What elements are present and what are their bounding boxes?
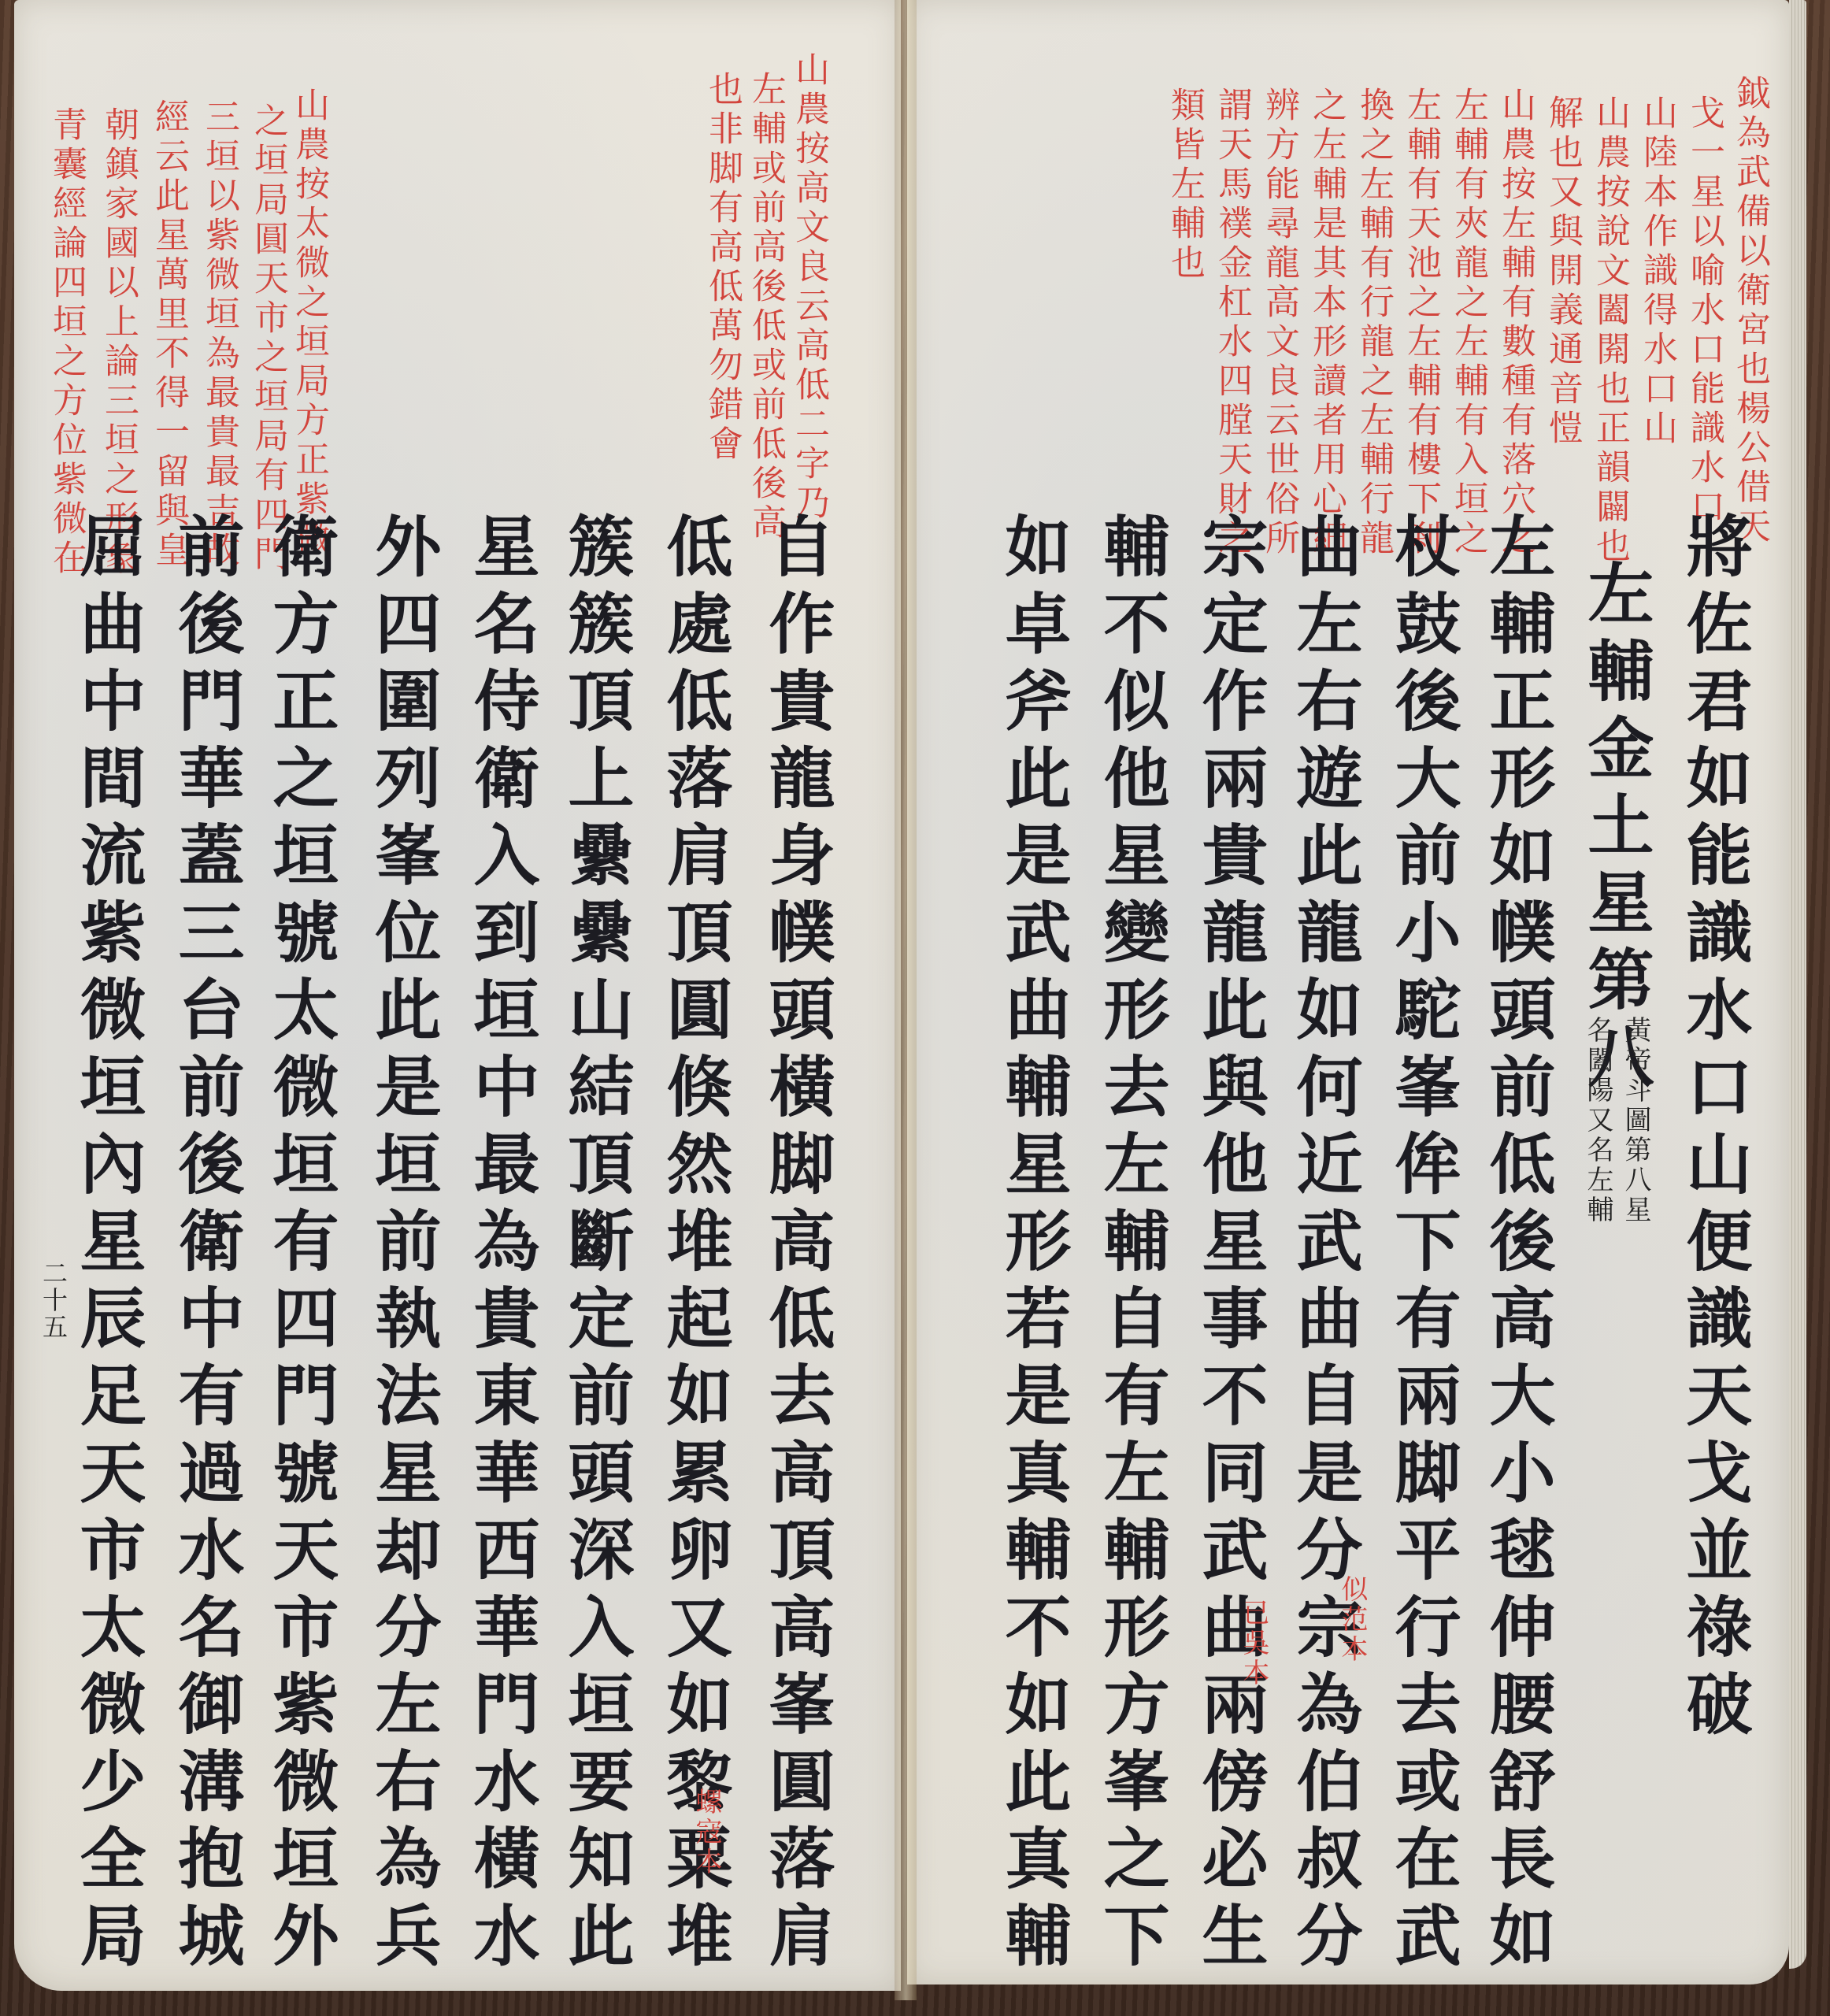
main-text-column: 左輔正形如幞頭前低後高大小毬伸腰舒長如 <box>1484 512 1550 1978</box>
red-note: 類皆左輔也 <box>1167 87 1202 283</box>
red-note: 三垣以紫微垣為最貴最吉故 <box>202 98 236 571</box>
variant-note: 螺寇本 <box>693 1788 720 1877</box>
main-text-column: 曲左右遊此龍如何近武曲自是分宗為伯叔分 <box>1291 512 1358 1978</box>
red-note: 朝鎮家國以上論三垣之形象 <box>101 106 135 579</box>
main-text-column: 將佐君如能識水口山便識天戈並祿破 <box>1681 512 1747 1747</box>
variant-note: 似范本 <box>1339 1575 1365 1665</box>
page-edges <box>1789 0 1806 1969</box>
red-note: 山陸本作識得水口山 <box>1639 94 1674 449</box>
main-text-column: 前後門華蓋三台前後衛中有過水名御溝抱城 <box>173 512 239 1978</box>
red-note: 左輔或前高後低或前低後高 <box>748 71 783 543</box>
red-note: 戈一星以喻水口能識水口 <box>1687 94 1721 528</box>
red-note: 之左輔是其本形讀者用心細 <box>1309 87 1343 559</box>
red-note: 之垣局圓天市之垣局有四門 <box>250 102 285 575</box>
subtitle-note: 黃帝斗圖第八星 <box>1622 1016 1649 1225</box>
main-text-column: 杖鼓後大前小駝峯侔下有兩脚平行去或在武 <box>1390 512 1456 1978</box>
main-text-column: 低處低落肩頂圓倏然堆起如累卵又如黎粟堆 <box>661 512 728 1978</box>
red-note: 山農按左輔有數種有落穴之 <box>1498 87 1532 559</box>
book-spine <box>895 0 917 2000</box>
red-note: 經云此星萬里不得一留與皇 <box>151 98 186 571</box>
red-note: 辨方能尋龍高文良云世俗所 <box>1261 87 1296 559</box>
main-text-column: 外四圍列峯位此是垣前執法星却分左右為兵 <box>370 512 436 1978</box>
main-text-column: 自作貴龍身幞頭橫脚高低去高頂高峯圓落肩 <box>764 512 830 1978</box>
red-note: 謂天馬襆金杠水四膛天財之 <box>1214 87 1249 559</box>
main-text-column: 屈曲中間流紫微垣內星辰足天市太微少全局 <box>75 512 141 1978</box>
red-note: 山農按太微之垣局方正紫微 <box>291 87 326 559</box>
red-note: 解也又與開義通音愷 <box>1545 94 1580 449</box>
variant-note: 已吳本 <box>1240 1599 1267 1688</box>
red-note: 山農按說文闔閞也正韻闢也 <box>1592 94 1627 567</box>
red-note: 鉞為武備以衛宮也楊公借天 <box>1732 75 1767 547</box>
subtitle-note: 名闔陽又名左輔 <box>1584 1016 1611 1225</box>
folio-number: 二十五 <box>35 1260 72 1340</box>
main-text-column: 宗定作兩貴龍此與他星事不同武曲兩傍必生 <box>1197 512 1263 1978</box>
main-text-column: 如卓斧此是武曲輔星形若是真輔不如此真輔 <box>1000 512 1066 1978</box>
red-note: 也非脚有高低萬勿錯會 <box>705 71 739 465</box>
red-note: 山農按高文良云高低二字乃 <box>791 51 826 524</box>
main-text-column: 簇簇頂上纍纍山結頂斷定前頭深入垣要知此 <box>563 512 629 1978</box>
red-note: 青囊經論四垣之方位紫微在 <box>49 106 83 579</box>
main-text-column: 輔不似他星變形去左輔自有左輔形方峯之下 <box>1098 512 1165 1978</box>
red-note: 換之左輔有行龍之左輔行龍 <box>1356 87 1391 559</box>
main-text-column: 衛方正之垣號太微垣有四門號天市紫微垣外 <box>268 512 334 1978</box>
main-text-column: 星名侍衛入到垣中最為貴東華西華門水橫水 <box>469 512 535 1978</box>
red-note: 左輔有天池之左輔有樓下剎 <box>1403 87 1438 559</box>
red-note: 左輔有夾龍之左輔有入垣之 <box>1450 87 1485 559</box>
